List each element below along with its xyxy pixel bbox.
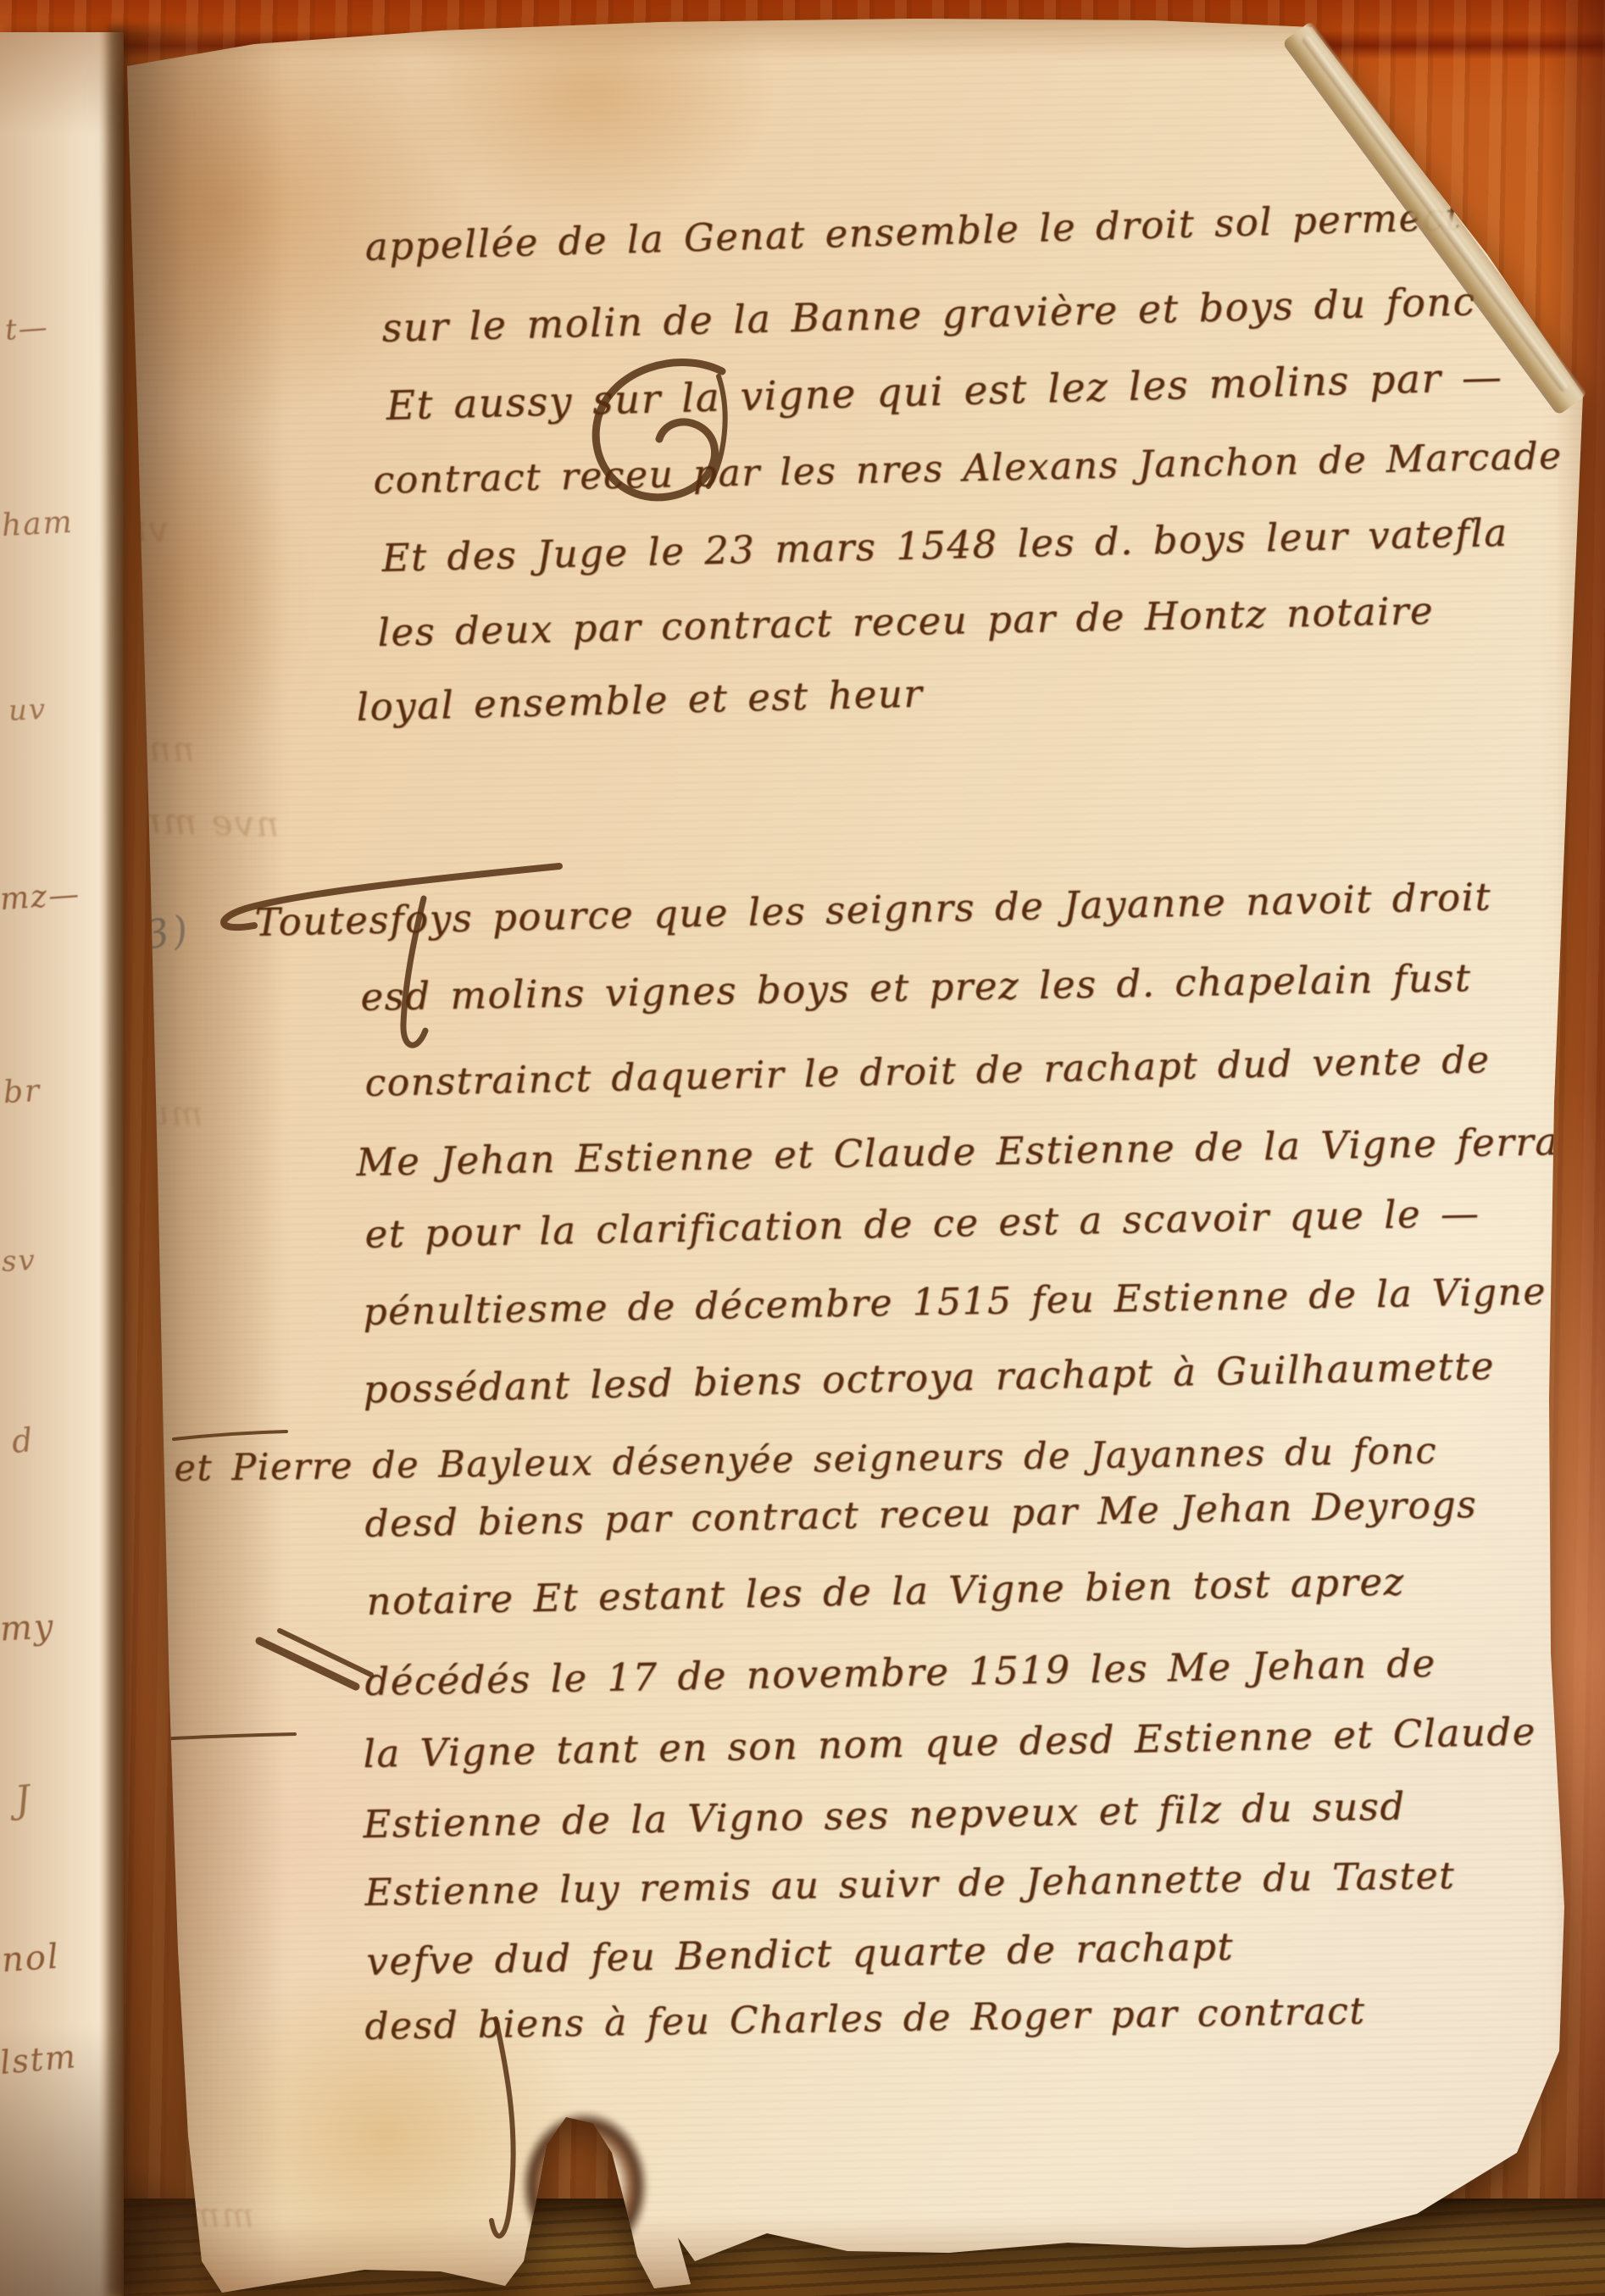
double-slash-mark-1 [259,1641,356,1687]
handwritten-line: Toutesfoys pource que les seignrs de Jay… [254,874,1492,945]
handwritten-line: notaire Et estant les de la Vigne bien t… [366,1559,1405,1624]
handwritten-line: desd biens par contract receu par Me Jeh… [364,1483,1478,1546]
bleed-through-text: env mres [0,1744,102,1787]
bleed-through-text: wens mre vn [0,1314,119,1364]
handwritten-line: la Vigne tant en son nom que desd Estien… [363,1709,1536,1776]
handwritten-line: desd biens à feu Charles de Roger par co… [364,1989,1366,2049]
bleed-through-text: vmsv nwe mvne [0,500,169,550]
handwritten-line: les deux par contract receu par de Hontz… [377,588,1434,655]
handwritten-line: Estienne de la Vigno ses nepveux et filz… [363,1784,1406,1847]
bleed-through-text: nve mmro ens vnmes [0,792,280,845]
bleed-through-text: mre vnnes ed [0,585,136,632]
handwritten-line: et Pierre de Bayleux désenyée seigneurs … [174,1430,1437,1490]
manuscript-page-wrap: nmv umreno vnesvmsv nwe mvnemre vnnes ed… [0,0,1605,2296]
handwritten-line: contract receu par les nres Alexans Janc… [373,435,1563,503]
handwritten-line: Et des Juge le 23 mars 1548 les d. boys … [381,510,1508,581]
handwritten-line: Estienne luy remis au suivr de Jehannett… [364,1854,1456,1915]
handwritten-line: sur le molin de la Banne gravière et boy… [381,278,1476,351]
handwritten-line: décédés le 17 de novembre 1519 les Me Je… [364,1641,1436,1704]
bleed-through-text: nmv umreno vnes [0,132,127,183]
margin-underline-2 [85,1734,295,1744]
handwritten-line: constrainct daquerir le droit de rachapt… [364,1038,1491,1105]
margin-folio-number: 143) [86,906,195,967]
bleed-through-text: nnvr mev [19,727,195,770]
handwritten-line: loyal ensemble et est heur [356,671,924,730]
handwritten-line: pénultiesme de décembre 1515 feu Estienn… [363,1270,1547,1334]
torn-hole-rim [496,2081,674,2293]
handwritten-line: Et aussy sur la vigne qui est lez les mo… [386,353,1503,429]
bleed-through-text: mm vnnes re [13,2193,254,2236]
handwritten-line: Me Jehan Estienne et Claude Estienne de … [356,1119,1559,1185]
handwritten-line: vefve dud feu Bendict quarte de rachapt [366,1924,1234,1984]
bleed-through-text: mv nnes [0,1565,110,1609]
bleed-through-text: mune vns [24,1092,203,1134]
bleed-through-text: svm venner [0,859,127,905]
handwritten-line: appellée de la Genat ensemble le droit s… [364,192,1547,270]
manuscript-page: nmv umreno vnesvmsv nwe mvnemre vnnes ed… [0,0,1605,2296]
margin-underline-1 [174,1432,286,1439]
photograph-of-manuscript: t—hamuvmz—brsvdmyJnollstm nmv umreno vne… [0,0,1605,2296]
handwritten-line: et pour la clarification de ce est a sca… [364,1191,1480,1257]
bleed-through-text: vnmse mn [0,1943,127,1988]
handwritten-line: possédant lesd biens octroya rachapt à G… [363,1343,1495,1412]
double-slash-mark-2 [280,1631,371,1675]
handwritten-line: esd molins vignes boys et prez les d. ch… [360,955,1472,1020]
